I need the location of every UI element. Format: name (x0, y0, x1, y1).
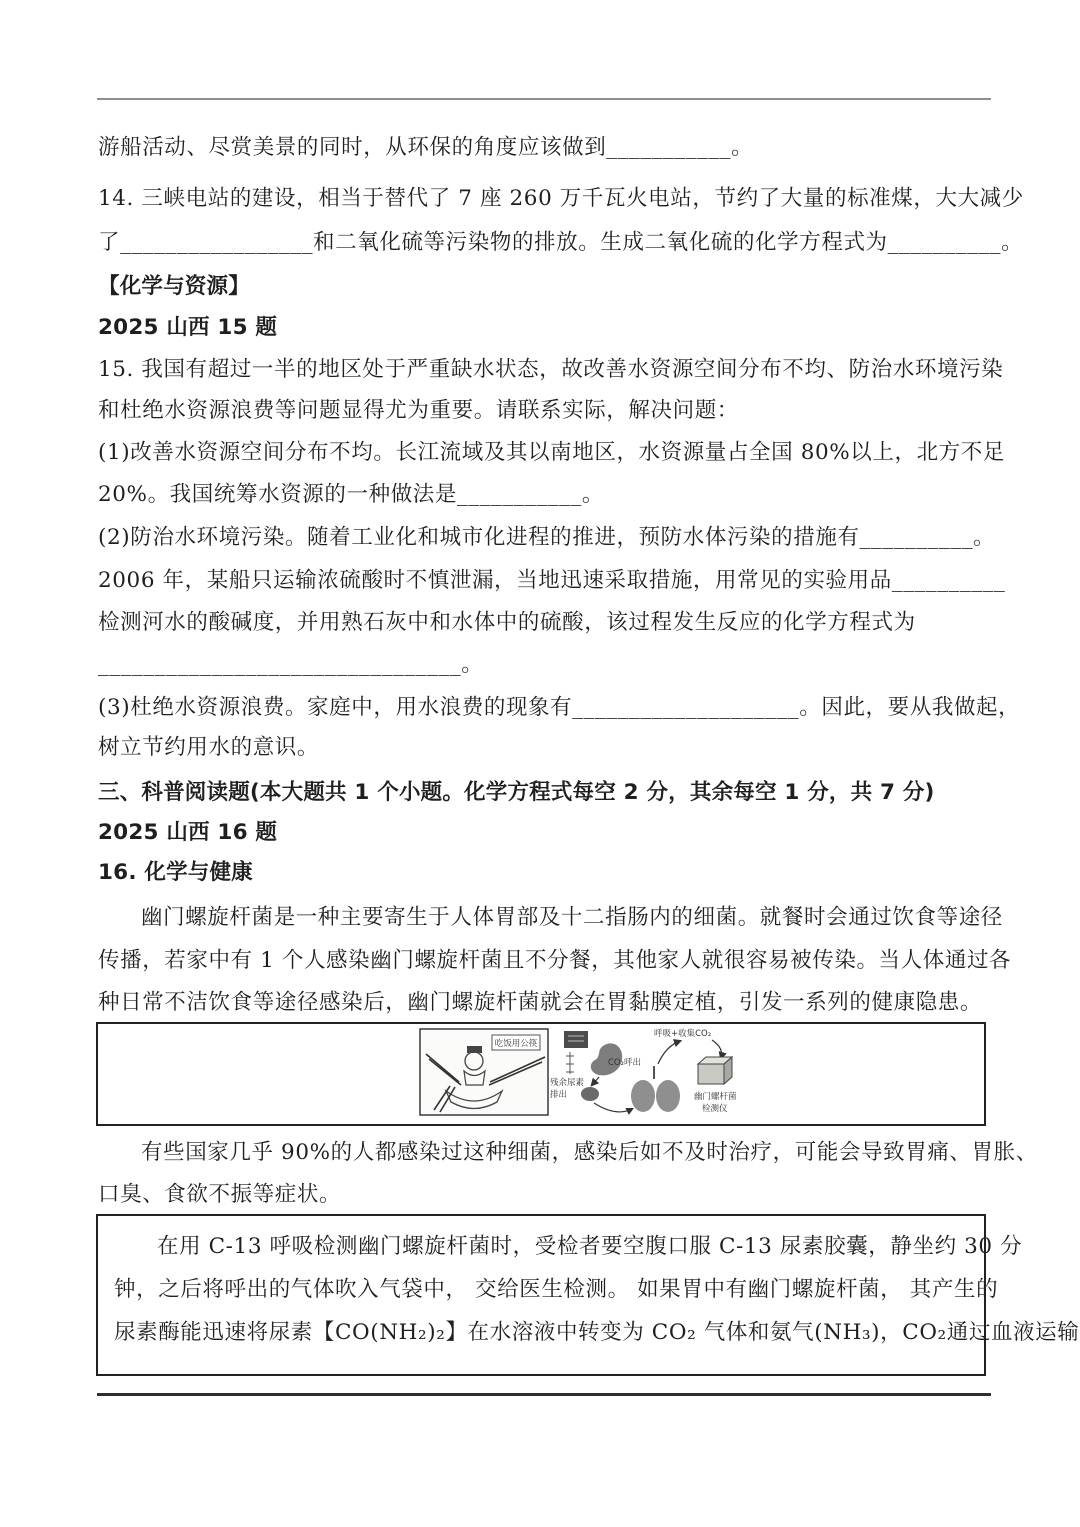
heading-q16-chemistry-health: 16. 化学与健康 (98, 858, 990, 888)
line-q15-sub2-blank: ________________________________。 (98, 650, 990, 680)
heading-chemistry-resources: 【化学与资源】 (98, 272, 990, 302)
label-2025-shanxi-15: 2025 山西 15 题 (98, 313, 990, 343)
detector-label-1: 幽门螺杆菌 (694, 1091, 737, 1102)
top-rule (97, 98, 991, 100)
breathe-collect-label: 呼吸+收集CO₂ (654, 1028, 711, 1039)
line-q16-para2b: 口臭、食欲不振等症状。 (98, 1180, 990, 1210)
hpylori-figure: 吃饭用公筷 (98, 1024, 984, 1120)
cartoon-sign-text: 吃饭用公筷 (495, 1038, 538, 1049)
breath-test-diagram: 残余尿素 排出 呼吸+收集CO₂ CO₂呼出 幽门螺杆菌 检测仪 (550, 1028, 737, 1114)
line-q16-para2a: 有些国家几乎 90%的人都感染过这种细菌，感染后如不及时治疗，可能会导致胃痛、胃… (98, 1138, 990, 1168)
line-q16-para1b: 传播，若家中有 1 个人感染幽门螺旋杆菌且不分餐，其他家人就很容易被传染。当人体… (98, 946, 990, 976)
line-q15-sub3b: 树立节约用水的意识。 (98, 733, 990, 763)
reading-material-box: 在用 C-13 呼吸检测幽门螺旋杆菌时，受检者要空腹口服 C-13 尿素胶囊，静… (96, 1214, 986, 1376)
lung-left-icon (631, 1080, 655, 1112)
bottom-rule (97, 1393, 991, 1396)
line-q16-para1a: 幽门螺旋杆菌是一种主要寄生于人体胃部及十二指肠内的细菌。就餐时会通过饮食等途径 (98, 903, 990, 933)
line-q16-para1c: 种日常不洁饮食等途径感染后，幽门螺旋杆菌就会在胃黏膜定植，引发一系列的健康隐患。 (98, 988, 990, 1018)
residual-urea-label-2: 排出 (550, 1089, 567, 1100)
line-q15-sub1b: 20%。我国统筹水资源的一种做法是___________。 (98, 480, 990, 510)
cartoon-shared-meal: 吃饭用公筷 (420, 1029, 548, 1115)
line-q15-intro1: 15. 我国有超过一半的地区处于严重缺水状态，故改善水资源空间分布不均、防治水环… (98, 355, 990, 385)
line-q14-part1: 14. 三峡电站的建设，相当于替代了 7 座 260 万千瓦火电站，节约了大量的… (98, 184, 990, 214)
line-q15-sub1a: (1)改善水资源空间分布不均。长江流域及其以南地区，水资源量占全国 80%以上，… (98, 438, 990, 468)
line-q15-sub2c: 检测河水的酸碱度，并用熟石灰中和水体中的硫酸，该过程发生反应的化学方程式为 (98, 608, 990, 638)
bladder-icon (581, 1087, 599, 1101)
boxtext-line2: 钟，之后将呼出的气体吹入气袋中， 交给医生检测。 如果胃中有幽门螺旋杆菌， 其产… (114, 1275, 970, 1305)
line-q14-part2: 了_________________和二氧化硫等污染物的排放。生成二氧化硫的化学… (98, 228, 990, 258)
urea-capsule-pack-icon (564, 1031, 588, 1048)
residual-urea-label-1: 残余尿素 (550, 1077, 585, 1088)
line-q15-sub2b: 2006 年，某船只运输浓硫酸时不慎泄漏，当地迅速采取措施，用常见的实验用品__… (98, 566, 990, 596)
detector-box-icon (698, 1057, 732, 1084)
line-q15-intro2: 和杜绝水资源浪费等问题显得尤为重要。请联系实际，解决问题： (98, 396, 990, 426)
line-q13-continuation: 游船活动、尽赏美景的同时，从环保的角度应该做到___________。 (98, 133, 990, 163)
label-2025-shanxi-16: 2025 山西 16 题 (98, 818, 990, 848)
boxtext-line3: 尿素酶能迅速将尿素【CO(NH₂)₂】在水溶液中转变为 CO₂ 气体和氨气(NH… (114, 1318, 970, 1348)
figure-box: 吃饭用公筷 (96, 1022, 986, 1126)
heading-section3-reading: 三、科普阅读题(本大题共 1 个小题。化学方程式每空 2 分，其余每空 1 分，… (98, 778, 990, 808)
boxtext-line1: 在用 C-13 呼吸检测幽门螺旋杆菌时，受检者要空腹口服 C-13 尿素胶囊，静… (114, 1232, 970, 1262)
line-q15-sub2a: (2)防治水环境污染。随着工业化和城市化进程的推进，预防水体污染的措施有____… (98, 523, 990, 553)
line-q15-sub3a: (3)杜绝水资源浪费。家庭中，用水浪费的现象有_________________… (98, 693, 990, 723)
exam-paper-page: 游船活动、尽赏美景的同时，从环保的角度应该做到___________。 14. … (0, 0, 1080, 1527)
co2-exhale-label: CO₂呼出 (608, 1057, 641, 1068)
lung-right-icon (656, 1080, 680, 1112)
detector-label-2: 检测仪 (702, 1103, 728, 1114)
